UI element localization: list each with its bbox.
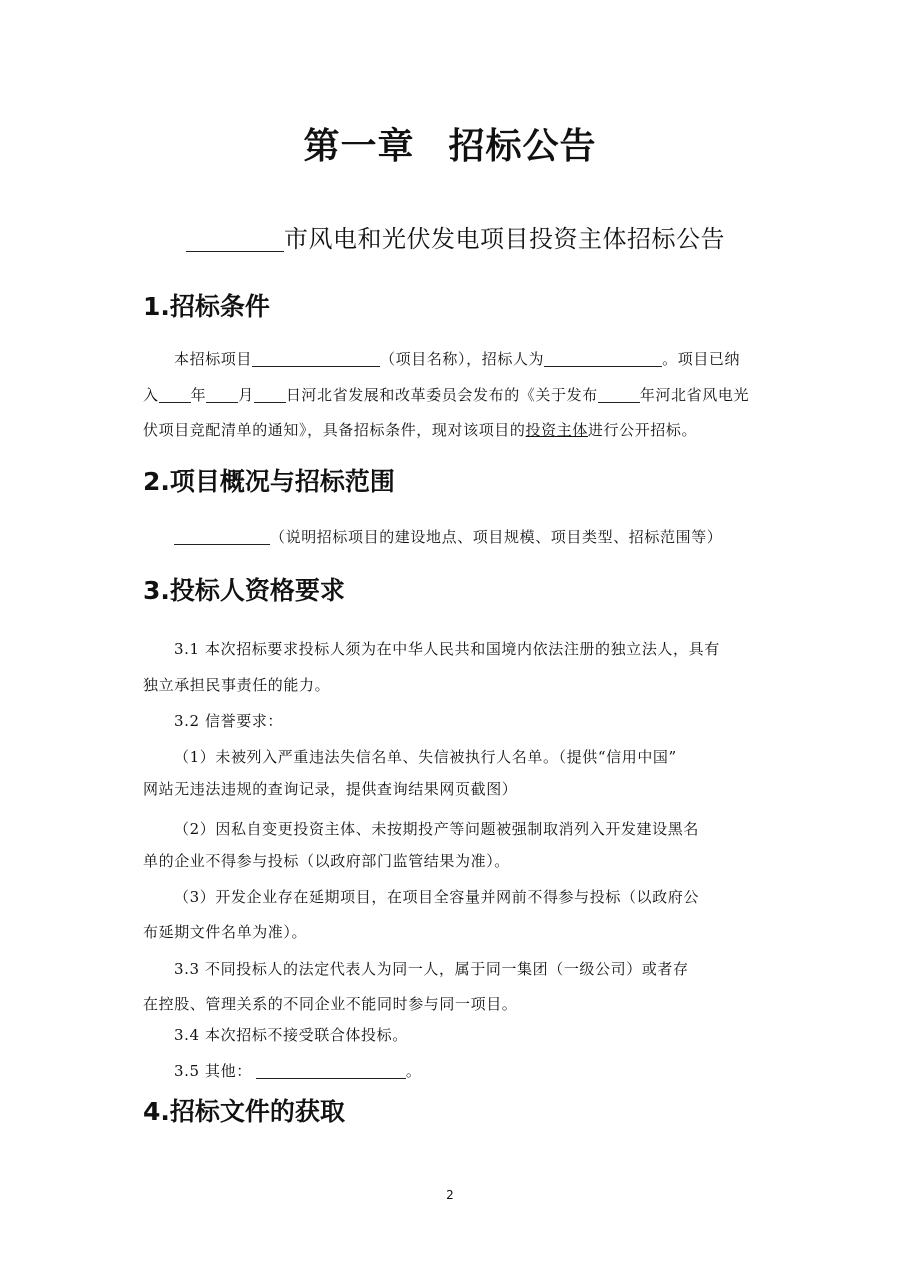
day-blank (254, 386, 286, 403)
chapter-name: 招标公告 (449, 125, 597, 167)
tenderer-blank (544, 350, 662, 367)
text: （项目名称），招标人为 (380, 350, 544, 368)
text: 年 (191, 386, 207, 404)
s1-line-3: 伏项目竞配清单的通知》，具备招标条件，现对该项目的投资主体进行公开招标。 (143, 423, 697, 438)
project-overview-blank (174, 528, 270, 545)
text: 本招标项目 (174, 350, 252, 368)
p32: 3.2 信誉要求： (174, 714, 283, 729)
section-heading-3: 3.投标人资格要求 (143, 571, 345, 607)
underlined-term: 投资主体 (526, 421, 588, 439)
p31-line-2: 独立承担民事责任的能力。 (143, 678, 330, 693)
p31-line-1: 3.1 本次招标要求投标人须为在中华人民共和国境内依法注册的独立法人，具有 (174, 642, 720, 657)
s2-line-1: （说明招标项目的建设地点、项目规模、项目类型、招标范围等） (174, 528, 722, 545)
project-name-blank (252, 350, 380, 367)
year-blank (159, 386, 191, 403)
document-page: 第一章招标公告 市风电和光伏发电项目投资主体招标公告 1.招标条件 本招标项目（… (0, 0, 900, 1272)
text: 月 (238, 386, 254, 404)
item3-line-2: 布延期文件名单为准）。 (143, 925, 307, 940)
list-year-blank (598, 386, 640, 403)
text: 进行公开招标。 (588, 421, 697, 439)
month-blank (206, 386, 238, 403)
section-heading-1: 1.招标条件 (143, 287, 270, 323)
text: 入 (143, 386, 159, 404)
text: 。项目已纳 (662, 350, 740, 368)
p35: 3.5 其他：。 (174, 1062, 421, 1079)
s1-line-1: 本招标项目（项目名称），招标人为。项目已纳 (174, 350, 740, 367)
item1-line-2: 网站无违法违规的查询记录，提供查询结果网页截图） (143, 782, 517, 797)
text: 。 (406, 1062, 422, 1080)
text: 年河北省风电光 (640, 386, 749, 404)
document-title-text: 市风电和光伏发电项目投资主体招标公告 (284, 225, 725, 253)
text: 日河北省发展和改革委员会发布的《关于发布 (286, 386, 598, 404)
item2-line-2: 单的企业不得参与投标（以政府部门监管结果为准）。 (143, 854, 510, 869)
item1-line-1: （1）未被列入严重违法失信名单、失信被执行人名单。（提供“信用中国” (174, 750, 677, 765)
p34: 3.4 本次招标不接受联合体投标。 (174, 1028, 408, 1043)
section-heading-4: 4.招标文件的获取 (143, 1092, 345, 1128)
city-blank (186, 226, 284, 252)
chapter-number: 第一章 (303, 125, 414, 167)
s1-line-2: 入年月日河北省发展和改革委员会发布的《关于发布年河北省风电光 (143, 386, 749, 403)
section-heading-2: 2.项目概况与招标范围 (143, 462, 395, 498)
other-requirements-blank (256, 1062, 406, 1079)
p33-line-2: 在控股、管理关系的不同企业不能同时参与同一项目。 (143, 997, 517, 1012)
document-title: 市风电和光伏发电项目投资主体招标公告 (186, 219, 725, 254)
chapter-title: 第一章招标公告 (0, 118, 900, 169)
text: 伏项目竞配清单的通知》，具备招标条件，现对该项目的 (143, 421, 526, 439)
item3-line-1: （3）开发企业存在延期项目，在项目全容量并网前不得参与投标（以政府公 (174, 890, 699, 905)
text: （说明招标项目的建设地点、项目规模、项目类型、招标范围等） (270, 528, 722, 546)
p33-line-1: 3.3 不同投标人的法定代表人为同一人，属于同一集团（一级公司）或者存 (174, 962, 689, 977)
text: 3.5 其他： (174, 1062, 252, 1080)
page-number: 2 (0, 1188, 900, 1202)
item2-line-1: （2）因私自变更投资主体、未按期投产等问题被强制取消列入开发建设黑名 (174, 822, 699, 837)
